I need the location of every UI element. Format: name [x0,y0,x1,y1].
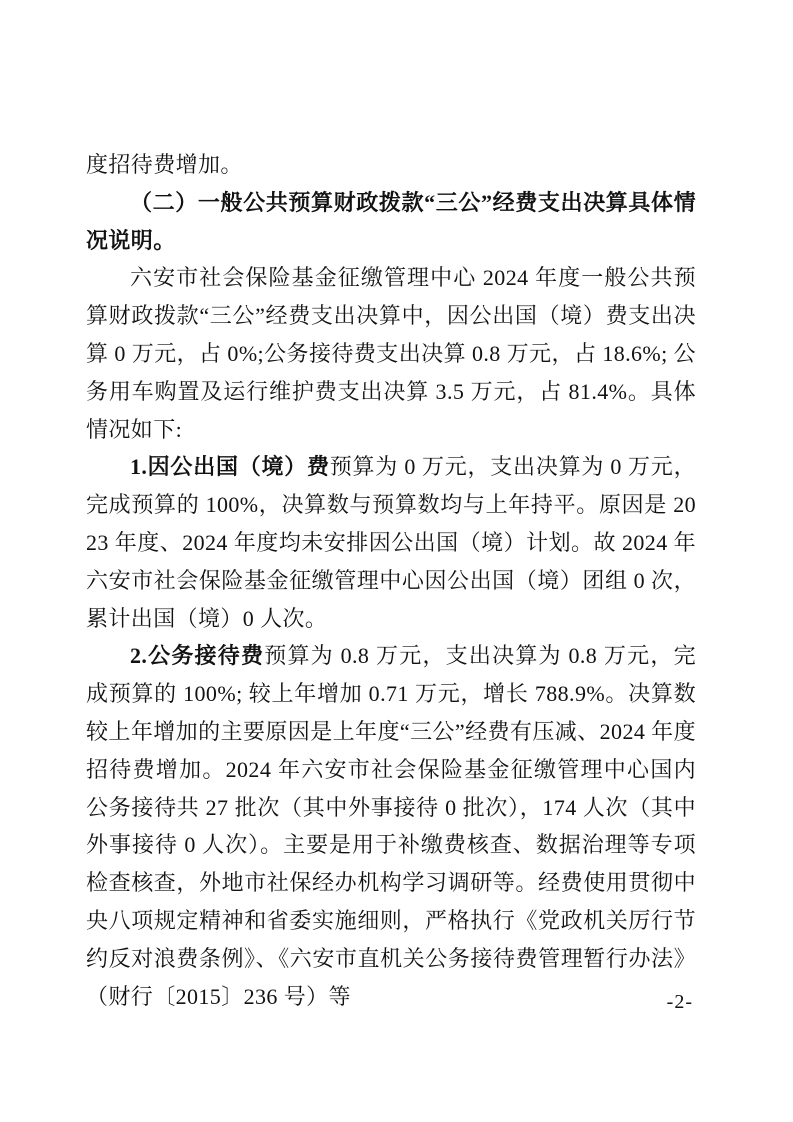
document-page: 度招待费增加。 （二）一般公共预算财政拨款“三公”经费支出决算具体情况说明。 六… [0,0,793,1122]
item-2-label: 2.公务接待费 [130,643,264,668]
item-1-text: 预算为 0 万元，支出决算为 0 万元，完成预算的 100%，决算数与预算数均与… [86,454,696,630]
item-1-label: 1.因公出国（境）费 [130,454,330,479]
paragraph-continuation: 度招待费增加。 [86,146,696,184]
paragraph-item-2: 2.公务接待费预算为 0.8 万元，支出决算为 0.8 万元，完成预算的 100… [86,637,696,1015]
paragraph-item-1: 1.因公出国（境）费预算为 0 万元，支出决算为 0 万元，完成预算的 100%… [86,448,696,637]
section-heading: （二）一般公共预算财政拨款“三公”经费支出决算具体情况说明。 [86,184,696,260]
document-body: 度招待费增加。 （二）一般公共预算财政拨款“三公”经费支出决算具体情况说明。 六… [86,146,696,1015]
item-2-text: 预算为 0.8 万元，支出决算为 0.8 万元，完成预算的 100%; 较上年增… [86,643,696,1008]
page-number: -2- [667,991,693,1014]
paragraph-overview: 六安市社会保险基金征缴管理中心 2024 年度一般公共预算财政拨款“三公”经费支… [86,259,696,448]
